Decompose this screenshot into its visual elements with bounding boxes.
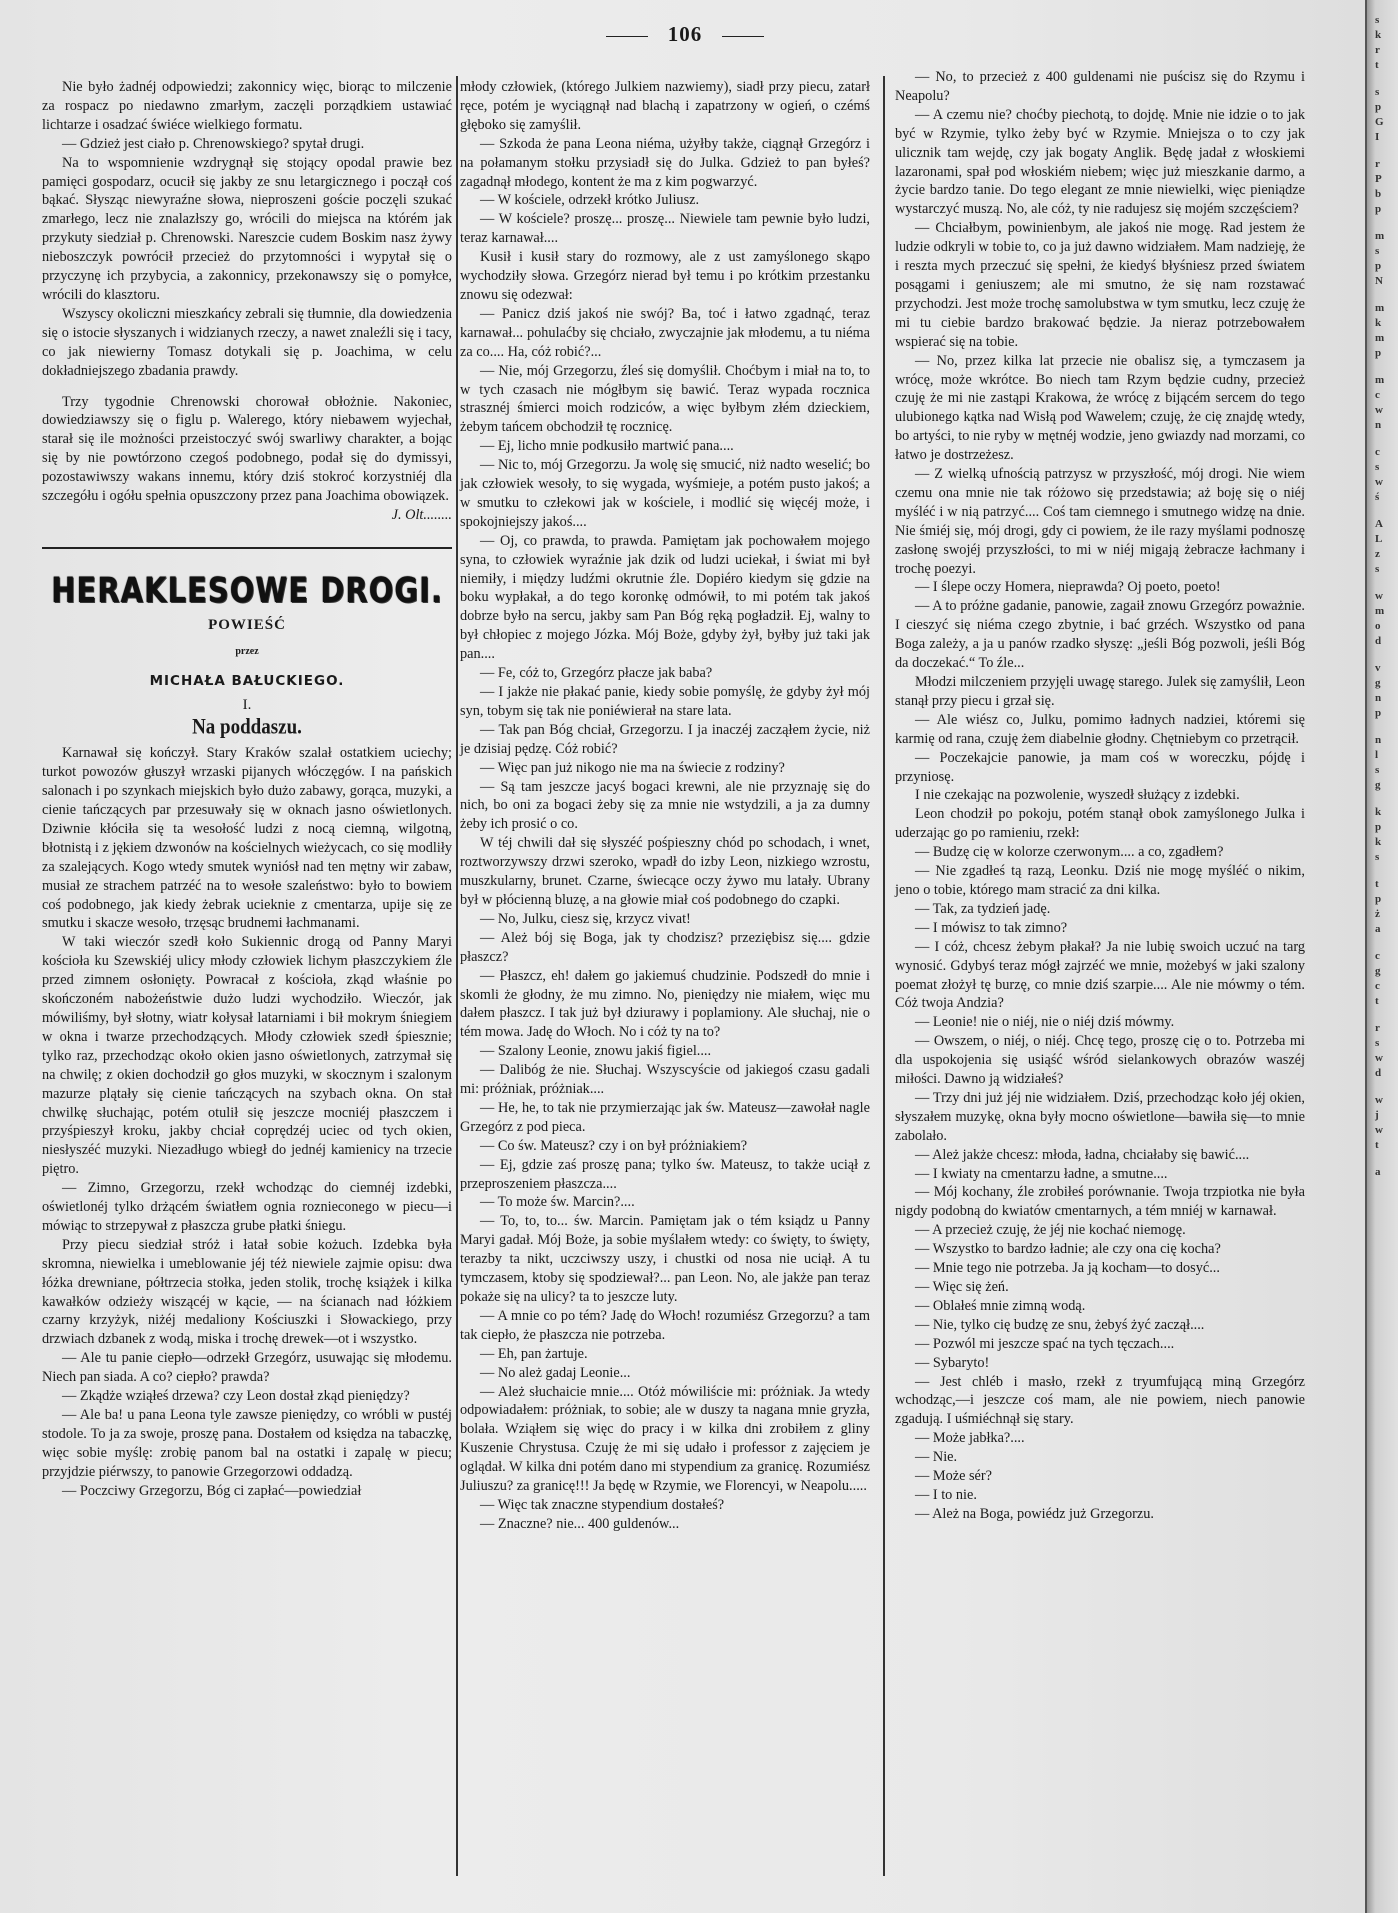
page-edge-fragment: w [1375, 1094, 1398, 1107]
page-edge-fragment: m [1375, 230, 1398, 243]
paragraph: — Nie, mój Grzegorzu, źleś się domyślił.… [460, 362, 870, 438]
page-edge-fragment: t [1375, 59, 1398, 72]
paragraph: — I ślepe oczy Homera, nieprawda? Oj poe… [895, 578, 1305, 597]
paragraph: Nie było żadnéj odpowiedzi; zakonnicy wi… [42, 78, 452, 135]
adjacent-page-edge: skrtspGIrPbpmspNmkmpmcwncswśALzswmodvgnp… [1365, 0, 1398, 1913]
page-edge-fragment: m [1375, 374, 1398, 387]
paragraph: — Wszystko to bardzo ładnie; ale czy ona… [895, 1240, 1305, 1259]
page-edge-fragment: w [1375, 1124, 1398, 1137]
column-divider [883, 76, 885, 1876]
page-edge-fragment: s [1375, 851, 1398, 864]
paragraph: — Płaszcz, eh! dałem go jakiemuś chudzin… [460, 967, 870, 1043]
paragraph: — I cóż, chcesz żebym płakał? Ja nie lub… [895, 938, 1305, 1014]
page-edge-fragment: I [1375, 131, 1398, 144]
paragraph: W téj chwili dał się słyszéć pośpieszny … [460, 834, 870, 910]
page-edge-fragment: z [1375, 548, 1398, 561]
paragraph: — To, to, to... św. Marcin. Pamiętam jak… [460, 1212, 870, 1307]
page-edge-fragment: m [1375, 605, 1398, 618]
page-edge-fragment: s [1375, 86, 1398, 99]
page-edge-fragment: t [1375, 1139, 1398, 1152]
paragraph: Karnawał się kończył. Stary Kraków szala… [42, 744, 452, 933]
column-right: — No, to przecież z 400 guldenami nie pu… [895, 68, 1305, 1524]
adjacent-page-fragments: skrtspGIrPbpmspNmkmpmcwncswśALzswmodvgnp… [1367, 14, 1398, 1179]
page-edge-fragment: a [1375, 923, 1398, 936]
page-edge-fragment: w [1375, 404, 1398, 417]
page-edge-fragment: k [1375, 29, 1398, 42]
page-edge-fragment: n [1375, 734, 1398, 747]
paragraph: — Nic to, mój Grzegorzu. Ja wolę się smu… [460, 456, 870, 532]
page-edge-fragment: g [1375, 779, 1398, 792]
page-edge-fragment: j [1375, 1109, 1398, 1122]
paragraph: — Pozwól mi jeszcze spać na tych tęczach… [895, 1335, 1305, 1354]
page-edge-fragment: ż [1375, 908, 1398, 921]
page-edge-fragment: t [1375, 995, 1398, 1008]
paragraph: — Tak, za tydzień jadę. [895, 900, 1305, 919]
paragraph: — Szalony Leonie, znowu jakiś figiel.... [460, 1042, 870, 1061]
paragraph: — Są tam jeszcze jacyś bogaci krewni, al… [460, 778, 870, 835]
page-edge-fragment: s [1375, 764, 1398, 777]
paragraph: — Gdzież jest ciało p. Chrenowskiego? sp… [42, 135, 452, 154]
page-edge-fragment: G [1375, 116, 1398, 129]
paragraph: — W kościele, odrzekł krótko Juliusz. [460, 191, 870, 210]
author-name: MICHAŁA BAŁUCKIEGO. [42, 672, 452, 691]
paragraph: — To może św. Marcin?.... [460, 1193, 870, 1212]
page-edge-fragment: N [1375, 275, 1398, 288]
page-edge-fragment: d [1375, 1067, 1398, 1080]
page-edge-fragment: s [1375, 461, 1398, 474]
paragraph: — Ej, gdzie zaś proszę pana; tylko św. M… [460, 1156, 870, 1194]
page-edge-fragment: o [1375, 620, 1398, 633]
story-text: Karnawał się kończył. Stary Kraków szala… [42, 744, 452, 1500]
paragraph: — No, Julku, ciesz się, krzycz vivat! [460, 910, 870, 929]
page-edge-fragment: A [1375, 518, 1398, 531]
paragraph: — Mój kochany, źle zrobiłeś porównanie. … [895, 1183, 1305, 1221]
story-genre: POWIEŚĆ [42, 616, 452, 635]
paragraph: — Dalibóg że nie. Słuchaj. Wszyscyście o… [460, 1061, 870, 1099]
page-edge-fragment: w [1375, 1052, 1398, 1065]
column-middle: młody człowiek, (którego Julkiem nazwiem… [460, 78, 870, 1534]
page-edge-fragment: k [1375, 836, 1398, 849]
page-edge-fragment: m [1375, 302, 1398, 315]
page-edge-fragment: k [1375, 317, 1398, 330]
paragraph: — Z wielką ufnością patrzysz w przyszłoś… [895, 465, 1305, 578]
paragraph: Leon chodził po pokoju, potém stanął obo… [895, 805, 1305, 843]
previous-story-closing-paragraph: Trzy tygodnie Chrenowski chorował obłożn… [42, 393, 452, 506]
page-edge-fragment: s [1375, 245, 1398, 258]
paragraph: — Poczciwy Grzegorzu, Bóg ci zapłać—powi… [42, 1482, 452, 1501]
paragraph: — Jest chléb i masło, rzekł z tryumfując… [895, 1373, 1305, 1430]
paragraph: — Ej, licho mnie podkusiło martwić pana.… [460, 437, 870, 456]
paragraph: — Ale ba! u pana Leona tyle zawsze pieni… [42, 1406, 452, 1482]
paragraph: — Mnie tego nie potrzeba. Ja ją kocham—t… [895, 1259, 1305, 1278]
paragraph: — A przecież czuję, że jéj nie kochać ni… [895, 1221, 1305, 1240]
column-divider [456, 76, 458, 1876]
paragraph: — Sybaryto! [895, 1354, 1305, 1373]
page-edge-fragment: v [1375, 662, 1398, 675]
chapter-title: Na poddaszu. [42, 718, 452, 740]
previous-story-text: Nie było żadnéj odpowiedzi; zakonnicy wi… [42, 78, 452, 381]
paragraph: — Więc tak znaczne stypendium dostałeś? [460, 1496, 870, 1515]
paragraph: — He, he, to tak nie przymierzając jak ś… [460, 1099, 870, 1137]
paragraph: — I mówisz to tak zimno? [895, 919, 1305, 938]
chapter-number: I. [42, 696, 452, 715]
paragraph: — Więc się żeń. [895, 1278, 1305, 1297]
page-edge-fragment: c [1375, 446, 1398, 459]
paragraph: — Poczekajcie panowie, ja mam coś w wore… [895, 749, 1305, 787]
paragraph: — Ależ bój się Boga, jak ty chodzisz? pr… [460, 929, 870, 967]
paragraph: — Znaczne? nie... 400 guldenów... [460, 1515, 870, 1534]
paragraph: — Nie. [895, 1448, 1305, 1467]
page-edge-fragment: b [1375, 188, 1398, 201]
page-edge-fragment: r [1375, 1022, 1398, 1035]
page-edge-fragment: p [1375, 203, 1398, 216]
page-edge-fragment: p [1375, 893, 1398, 906]
page-edge-fragment: n [1375, 692, 1398, 705]
page-edge-fragment: g [1375, 965, 1398, 978]
page-edge-fragment: n [1375, 419, 1398, 432]
page-edge-fragment: g [1375, 677, 1398, 690]
paragraph: — I kwiaty na cmentarzu ładne, a smutne.… [895, 1165, 1305, 1184]
page-edge-fragment: s [1375, 563, 1398, 576]
paragraph: — Budzę cię w kolorze czerwonym.... a co… [895, 843, 1305, 862]
story-title: HERAKLESOWE DROGI. [42, 579, 452, 602]
paragraph: — Nie zgadłeś tą razą, Leonku. Dziś nie … [895, 862, 1305, 900]
paragraph: — Zimno, Grzegorzu, rzekł wchodząc do ci… [42, 1179, 452, 1236]
page-edge-fragment: c [1375, 950, 1398, 963]
page-edge-fragment: r [1375, 44, 1398, 57]
paragraph: — No, przez kilka lat przecie nie obalis… [895, 352, 1305, 465]
paragraph: — Może sér? [895, 1467, 1305, 1486]
page-edge-fragment: d [1375, 635, 1398, 648]
page-edge-fragment: p [1375, 347, 1398, 360]
paragraph: — Oj, co prawda, to prawda. Pamiętam jak… [460, 532, 870, 664]
page-edge-fragment: P [1375, 173, 1398, 186]
paragraph: — Więc pan już nikogo nie ma na świecie … [460, 759, 870, 778]
paragraph: — Panicz dziś jakoś nie swój? Ba, toć i … [460, 305, 870, 362]
section-divider [42, 547, 452, 549]
paragraph: — A to próżne gadanie, panowie, zagaił z… [895, 597, 1305, 673]
paragraph: — Oblałeś mnie zimną wodą. [895, 1297, 1305, 1316]
paragraph: — Może jabłka?.... [895, 1429, 1305, 1448]
paragraph: Wszyscy okoliczni mieszkańcy zebrali się… [42, 305, 452, 381]
paragraph: — Zkądże wziąłeś drzewa? czy Leon dostał… [42, 1387, 452, 1406]
paragraph: — Ale wiész co, Julku, pomimo ładnych na… [895, 711, 1305, 749]
paragraph: — No ależ gadaj Leonie... [460, 1364, 870, 1383]
page-edge-fragment: c [1375, 980, 1398, 993]
paragraph: Kusił i kusił stary do rozmowy, ale z us… [460, 248, 870, 305]
paragraph: — Tak pan Bóg chciał, Grzegorzu. I ja in… [460, 721, 870, 759]
page-edge-fragment: p [1375, 260, 1398, 273]
page-number: 106 [575, 22, 795, 47]
paragraph: — Szkoda że pana Leona niéma, użyłby tak… [460, 135, 870, 192]
paragraph: — A mnie co po tém? Jadę do Włoch! rozum… [460, 1307, 870, 1345]
paragraph: — I jakże nie płakać panie, kiedy sobie … [460, 683, 870, 721]
paragraph: — Ależ na Boga, powiédz już Grzegorzu. [895, 1505, 1305, 1524]
paragraph: — Trzy dni już jéj nie widziałem. Dziś, … [895, 1089, 1305, 1146]
page-edge-fragment: p [1375, 821, 1398, 834]
byline-prefix: przez [42, 643, 452, 662]
paragraph: Młodzi milczeniem przyjęli uwagę starego… [895, 673, 1305, 711]
paragraph: — Fe, cóż to, Grzegórz płacze jak baba? [460, 664, 870, 683]
paragraph: — Co św. Mateusz? czy i on był próżniaki… [460, 1137, 870, 1156]
paragraph: W taki wieczór szedł koło Sukiennic drog… [42, 933, 452, 1179]
newspaper-page: 106 Nie było żadnéj odpowiedzi; zakonnic… [0, 0, 1365, 1913]
page-edge-fragment: r [1375, 158, 1398, 171]
story-text: — No, to przecież z 400 guldenami nie pu… [895, 68, 1305, 1524]
paragraph: — W kościele? proszę... proszę... Niewie… [460, 210, 870, 248]
paragraph: — Ależ słuchaicie mnie.... Otóż mówiliśc… [460, 1383, 870, 1496]
paragraph: — I to nie. [895, 1486, 1305, 1505]
paragraph: — Leonie! nie o niéj, nie o niéj dziś mó… [895, 1013, 1305, 1032]
page-edge-fragment: a [1375, 1166, 1398, 1179]
paragraph: Na to wspomnienie wzdrygnął się stojący … [42, 154, 452, 305]
signature: J. Olt........ [42, 506, 452, 525]
paragraph: — Owszem, o niéj, o niéj. Chcę tego, pro… [895, 1032, 1305, 1089]
story-text: — Szkoda że pana Leona niéma, użyłby tak… [460, 135, 870, 1534]
column-left: Nie było żadnéj odpowiedzi; zakonnicy wi… [42, 78, 452, 1501]
paragraph: I nie czekając na pozwolenie, wyszedł sł… [895, 786, 1305, 805]
page-edge-fragment: p [1375, 707, 1398, 720]
paragraph: — A czemu nie? choćby piechotą, to dojdę… [895, 106, 1305, 219]
page-edge-fragment: w [1375, 590, 1398, 603]
paragraph: — Ale tu panie ciepło—odrzekł Grzegórz, … [42, 1349, 452, 1387]
paragraph: — Eh, pan żartuje. [460, 1345, 870, 1364]
paragraph: — Chciałbym, powinienbym, ale jakoś nie … [895, 219, 1305, 351]
page-edge-fragment: s [1375, 1037, 1398, 1050]
paragraph: — No, to przecież z 400 guldenami nie pu… [895, 68, 1305, 106]
page-edge-fragment: m [1375, 332, 1398, 345]
page-edge-fragment: t [1375, 878, 1398, 891]
page-edge-fragment: ś [1375, 491, 1398, 504]
page-edge-fragment: k [1375, 806, 1398, 819]
paragraph: — Ależ jakże chcesz: młoda, ładna, chcia… [895, 1146, 1305, 1165]
page-edge-fragment: p [1375, 101, 1398, 114]
paragraph: Przy piecu siedział stróż i łatał sobie … [42, 1236, 452, 1349]
page-edge-fragment: L [1375, 533, 1398, 546]
continued-paragraph: młody człowiek, (którego Julkiem nazwiem… [460, 78, 870, 135]
page-edge-fragment: w [1375, 476, 1398, 489]
page-edge-fragment: c [1375, 389, 1398, 402]
page-edge-fragment: l [1375, 749, 1398, 762]
paragraph: — Nie, tylko cię budzę ze snu, żebyś żyć… [895, 1316, 1305, 1335]
page-edge-fragment: s [1375, 14, 1398, 27]
